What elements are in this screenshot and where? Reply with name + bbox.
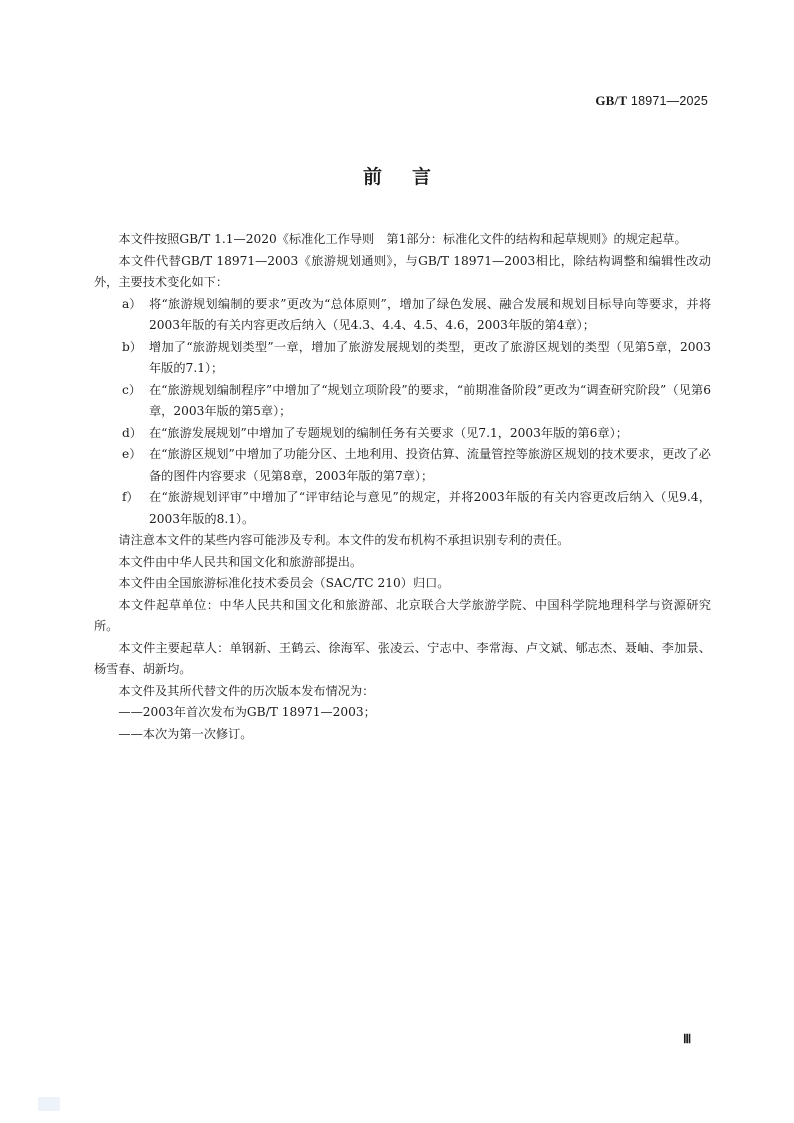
proposer-statement: 本文件由中华人民共和国文化和旅游部提出。 bbox=[94, 552, 711, 574]
list-marker: a） bbox=[94, 294, 149, 337]
watermark-logo bbox=[38, 1097, 60, 1111]
page-number: Ⅲ bbox=[683, 1032, 691, 1047]
standard-prefix: GB/T bbox=[595, 93, 627, 108]
foreword-body: 本文件按照GB/T 1.1—2020《标准化工作导则 第1部分：标准化文件的结构… bbox=[94, 229, 711, 745]
patent-notice: 请注意本文件的某些内容可能涉及专利。本文件的发布机构不承担识别专利的责任。 bbox=[94, 530, 711, 552]
change-text: 在“旅游规划评审”中增加了“评审结论与意见”的规定，并将2003年版的有关内容更… bbox=[149, 487, 711, 530]
drafting-units: 本文件起草单位：中华人民共和国文化和旅游部、北京联合大学旅游学院、中国科学院地理… bbox=[94, 595, 711, 638]
change-text: 在“旅游区规划”中增加了功能分区、土地利用、投资估算、流量管控等旅游区规划的技术… bbox=[149, 444, 711, 487]
intro-paragraph: 本文件按照GB/T 1.1—2020《标准化工作导则 第1部分：标准化文件的结构… bbox=[94, 229, 711, 251]
standard-code: GB/T 18971—2025 bbox=[595, 93, 708, 109]
change-text: 增加了“旅游规划类型”一章，增加了旅游发展规划的类型，更改了旅游区规划的类型（见… bbox=[149, 337, 711, 380]
change-item: b） 增加了“旅游规划类型”一章，增加了旅游发展规划的类型，更改了旅游区规划的类… bbox=[94, 337, 711, 380]
history-item: ——2003年首次发布为GB/T 18971—2003； bbox=[94, 702, 711, 724]
change-item: d） 在“旅游发展规划”中增加了专题规划的编制任务有关要求（见7.1，2003年… bbox=[94, 423, 711, 445]
list-marker: f） bbox=[94, 487, 149, 530]
list-marker: c） bbox=[94, 380, 149, 423]
history-item: ——本次为第一次修订。 bbox=[94, 724, 711, 746]
change-item: f） 在“旅游规划评审”中增加了“评审结论与意见”的规定，并将2003年版的有关… bbox=[94, 487, 711, 530]
intro-paragraph: 本文件代替GB/T 18971—2003《旅游规划通则》，与GB/T 18971… bbox=[94, 251, 711, 294]
change-text: 将“旅游规划编制的要求”更改为“总体原则”，增加了绿色发展、融合发展和规划目标导… bbox=[149, 294, 711, 337]
change-item: e） 在“旅游区规划”中增加了功能分区、土地利用、投资估算、流量管控等旅游区规划… bbox=[94, 444, 711, 487]
history-intro: 本文件及其所代替文件的历次版本发布情况为： bbox=[94, 681, 711, 703]
standard-number: 18971—2025 bbox=[631, 94, 708, 108]
page-title: 前言 bbox=[0, 162, 794, 189]
list-marker: b） bbox=[94, 337, 149, 380]
change-text: 在“旅游发展规划”中增加了专题规划的编制任务有关要求（见7.1，2003年版的第… bbox=[149, 423, 711, 445]
committee-statement: 本文件由全国旅游标准化技术委员会（SAC/TC 210）归口。 bbox=[94, 573, 711, 595]
change-item: c） 在“旅游规划编制程序”中增加了“规划立项阶段”的要求，“前期准备阶段”更改… bbox=[94, 380, 711, 423]
change-text: 在“旅游规划编制程序”中增加了“规划立项阶段”的要求，“前期准备阶段”更改为“调… bbox=[149, 380, 711, 423]
drafters: 本文件主要起草人：单钢新、王鹤云、徐海军、张凌云、宁志中、李常海、卢文斌、郇志杰… bbox=[94, 638, 711, 681]
list-marker: e） bbox=[94, 444, 149, 487]
change-item: a） 将“旅游规划编制的要求”更改为“总体原则”，增加了绿色发展、融合发展和规划… bbox=[94, 294, 711, 337]
list-marker: d） bbox=[94, 423, 149, 445]
